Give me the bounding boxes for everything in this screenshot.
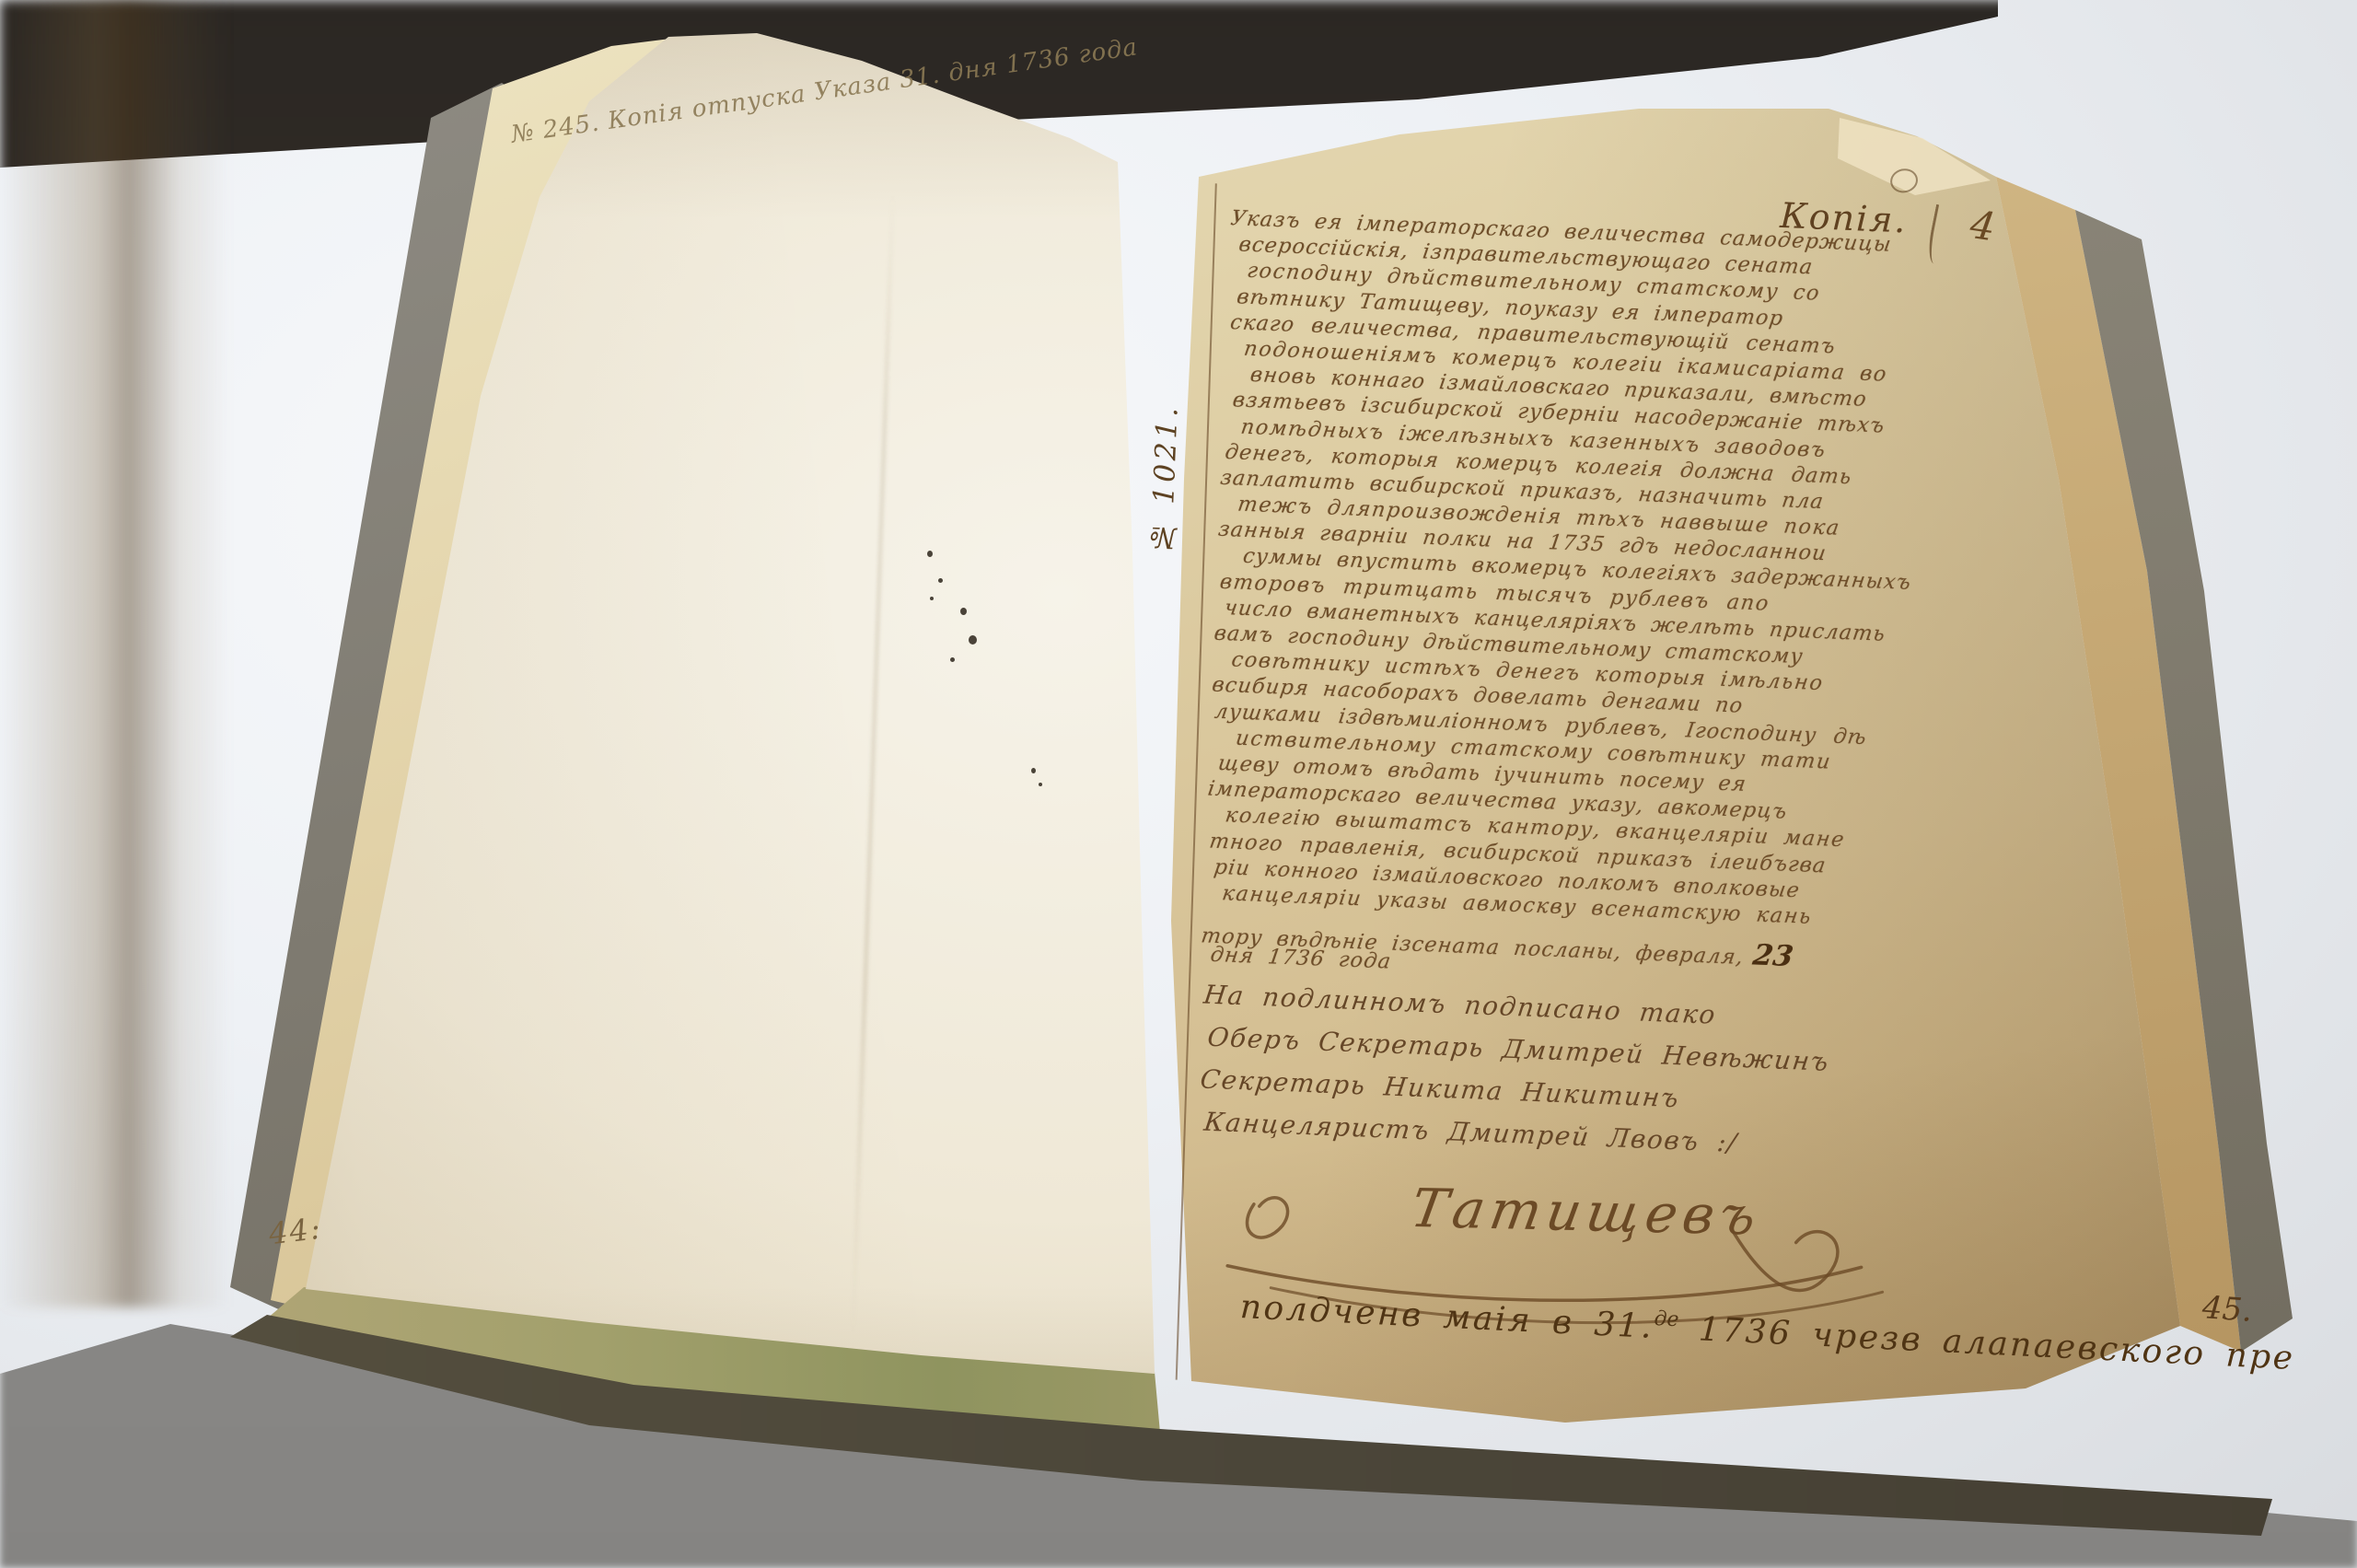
attestation-block: На подлинномъ подписано тако Оберъ Секре… xyxy=(1197,979,2124,1185)
ink-spot xyxy=(950,657,955,662)
received-note-superscript: де xyxy=(1654,1307,1679,1331)
left-page-number: 44: xyxy=(267,1211,324,1252)
ink-spot xyxy=(960,608,967,615)
right-page-text-block: Копія. 4 № 1021. Указъ ея імператорскаго… xyxy=(1183,192,2162,1452)
left-page-crease xyxy=(851,193,894,1334)
signature-name: Татищевъ xyxy=(1407,1177,1766,1247)
ink-spot xyxy=(927,551,933,557)
ink-spot xyxy=(1039,783,1042,786)
ink-spot xyxy=(969,635,977,645)
ink-ring-mark xyxy=(1888,167,1921,196)
museum-book-photo: № 245. Копія отпуска Указа 31. дня 1736 … xyxy=(0,0,2357,1568)
ink-spot xyxy=(938,578,943,583)
gutter-shadow xyxy=(0,0,230,1307)
left-page-archival-inscription: № 245. Копія отпуска Указа 31. дня 1736 … xyxy=(509,33,1139,148)
ink-spot xyxy=(930,597,934,600)
margin-number-note: № 1021. xyxy=(1145,323,1188,554)
right-page-number: 45. xyxy=(2201,1289,2254,1330)
manuscript-body: Указъ ея імператорскаго величества самод… xyxy=(1203,206,2152,944)
ink-spot xyxy=(1031,768,1036,773)
